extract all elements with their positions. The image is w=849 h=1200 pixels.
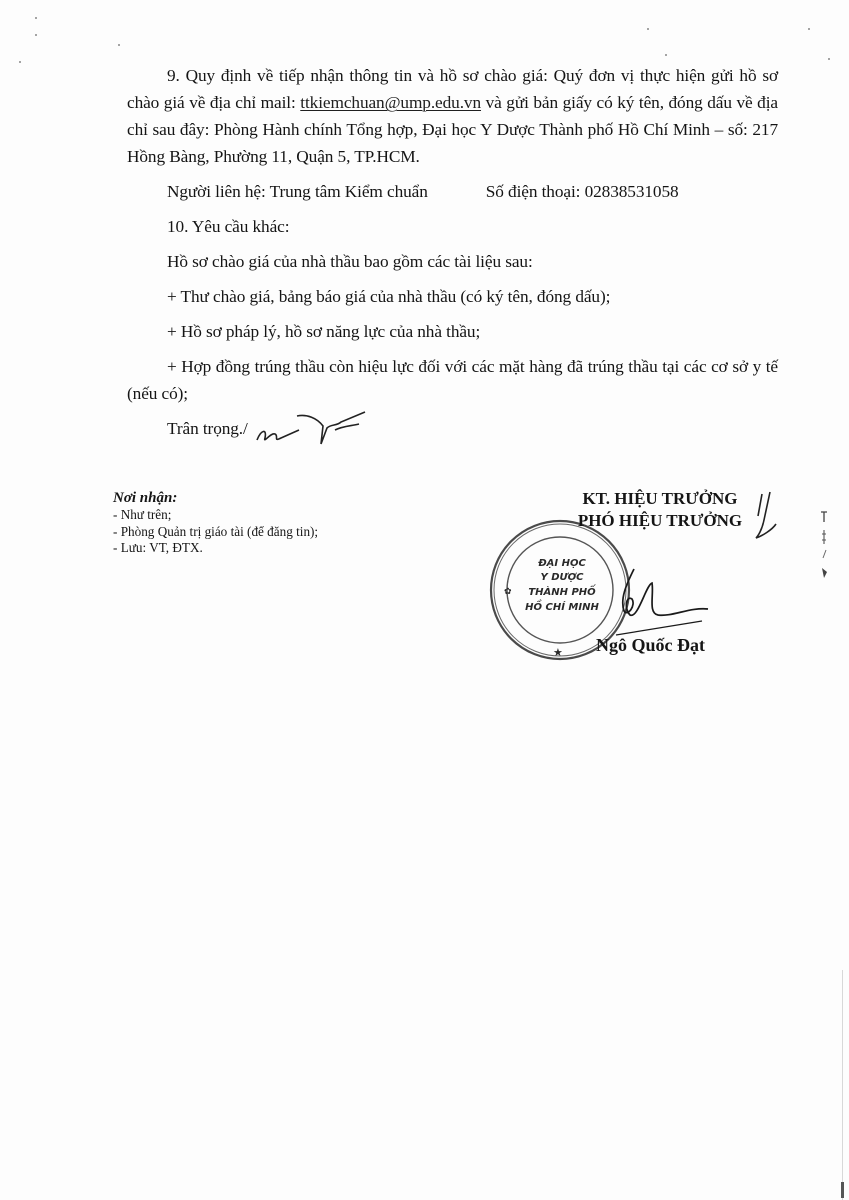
requirement-item: + Thư chào giá, bảng báo giá của nhà thầ…: [127, 283, 778, 310]
scan-speck: [35, 34, 37, 36]
scan-speck: [808, 28, 810, 30]
signature-block: KT. HIỆU TRƯỞNG PHÓ HIỆU TRƯỞNG: [560, 488, 760, 532]
margin-scan-mark-icon: [818, 510, 830, 590]
svg-text:★: ★: [553, 646, 563, 659]
seal-line: THÀNH PHỐ: [528, 583, 596, 598]
closing-label: Trân trọng./: [167, 419, 248, 438]
section-10-intro: Hồ sơ chào giá của nhà thầu bao gồm các …: [127, 248, 778, 275]
closing-text: Trân trọng./: [127, 415, 778, 442]
section-10-heading: 10. Yêu cầu khác:: [127, 213, 778, 240]
seal-line: Y DƯỢC: [541, 572, 585, 583]
recipients-title: Nơi nhận:: [113, 489, 318, 507]
scan-edge-line: [842, 970, 843, 1200]
document-page: 9. Quy định về tiếp nhận thông tin và hồ…: [0, 0, 849, 1200]
scan-speck: [118, 44, 120, 46]
signature-title-line-1: KT. HIỆU TRƯỞNG: [560, 488, 760, 510]
email-link[interactable]: ttkiemchuan@ump.edu.vn: [300, 93, 481, 112]
contact-phone: Số điện thoại: 02838531058: [486, 178, 679, 205]
recipients-block: Nơi nhận: - Như trên; - Phòng Quản trị g…: [113, 489, 318, 557]
scan-speck: [665, 54, 667, 56]
scan-speck: [828, 58, 830, 60]
signer-name: Ngô Quốc Đạt: [596, 635, 705, 656]
contact-person: Người liên hệ: Trung tâm Kiểm chuẩn: [167, 178, 428, 205]
contact-row: Người liên hệ: Trung tâm Kiểm chuẩn Số đ…: [127, 178, 778, 205]
seal-line: ĐẠI HỌC: [537, 558, 586, 569]
scan-speck: [647, 28, 649, 30]
document-body: 9. Quy định về tiếp nhận thông tin và hồ…: [127, 62, 778, 442]
recipient-item: - Như trên;: [113, 507, 318, 524]
section-9-paragraph: 9. Quy định về tiếp nhận thông tin và hồ…: [127, 62, 778, 170]
requirement-item: + Hợp đồng trúng thầu còn hiệu lực đối v…: [127, 353, 778, 407]
scan-speck: [35, 17, 37, 19]
recipient-item: - Phòng Quản trị giáo tài (để đăng tin);: [113, 524, 318, 541]
recipient-item: - Lưu: VT, ĐTX.: [113, 540, 318, 557]
scan-speck: [19, 61, 21, 63]
svg-text:✿: ✿: [504, 587, 512, 597]
signature-title-line-2: PHÓ HIỆU TRƯỞNG: [560, 510, 760, 532]
requirement-item: + Hồ sơ pháp lý, hồ sơ năng lực của nhà …: [127, 318, 778, 345]
seal-line: HỒ CHÍ MINH: [525, 598, 599, 613]
scan-edge-mark: [841, 1182, 844, 1198]
